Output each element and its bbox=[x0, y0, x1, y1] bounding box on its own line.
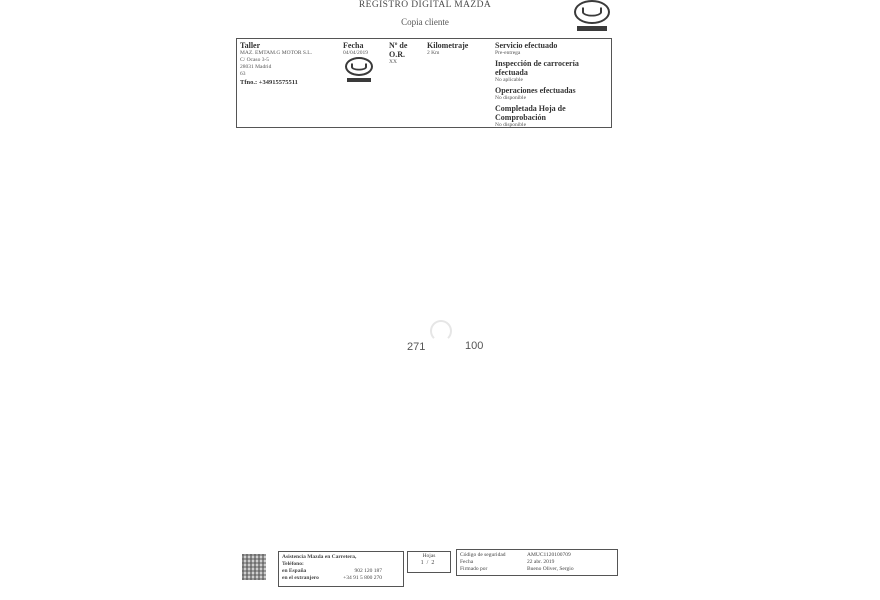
roadside-assistance-box: Asistencia Mazda en Carretera, Teléfono:… bbox=[278, 551, 404, 587]
security-row: Fecha 22 abr. 2019 bbox=[460, 559, 614, 566]
image-width-readout: 271 bbox=[407, 341, 425, 353]
mazda-logo-icon bbox=[345, 57, 373, 82]
page-counter: 1/2 bbox=[408, 560, 450, 567]
qr-code bbox=[242, 554, 266, 580]
image-height-readout: 100 bbox=[465, 340, 483, 352]
security-row: Código de seguridad AMUC1120100709 bbox=[460, 552, 614, 559]
kilometraje-field: Kilometraje 2 Km bbox=[427, 41, 468, 57]
mazda-logo-icon bbox=[574, 0, 610, 31]
document-subtitle: Copia cliente bbox=[380, 17, 470, 27]
security-code-box: Código de seguridad AMUC1120100709 Fecha… bbox=[456, 549, 618, 576]
services-list: Servicio efectuado Pre-entrega Inspecció… bbox=[495, 41, 610, 129]
security-row: Firmado por Bueno Oliver, Sergio bbox=[460, 566, 614, 573]
service-info-box: Taller MAZ. EMTAM.G MOTOR S.L. C/ Ocaso … bbox=[236, 38, 612, 128]
contact-row: en el extranjero +34 91 5 800 270 bbox=[282, 575, 382, 582]
contact-row: en España 902 120 187 bbox=[282, 568, 382, 575]
fecha-field: Fecha 04/04/2019 bbox=[343, 41, 368, 57]
page-counter-box: Hojas 1/2 bbox=[407, 551, 451, 573]
document-title: REGISTRO DIGITAL MAZDA bbox=[340, 0, 510, 10]
scanned-document: REGISTRO DIGITAL MAZDA Copia cliente Tal… bbox=[0, 0, 880, 600]
or-number-field: Nº de O.R. XX bbox=[389, 41, 419, 66]
taller-field: Taller MAZ. EMTAM.G MOTOR S.L. C/ Ocaso … bbox=[240, 41, 340, 87]
spinner-icon bbox=[430, 320, 450, 344]
